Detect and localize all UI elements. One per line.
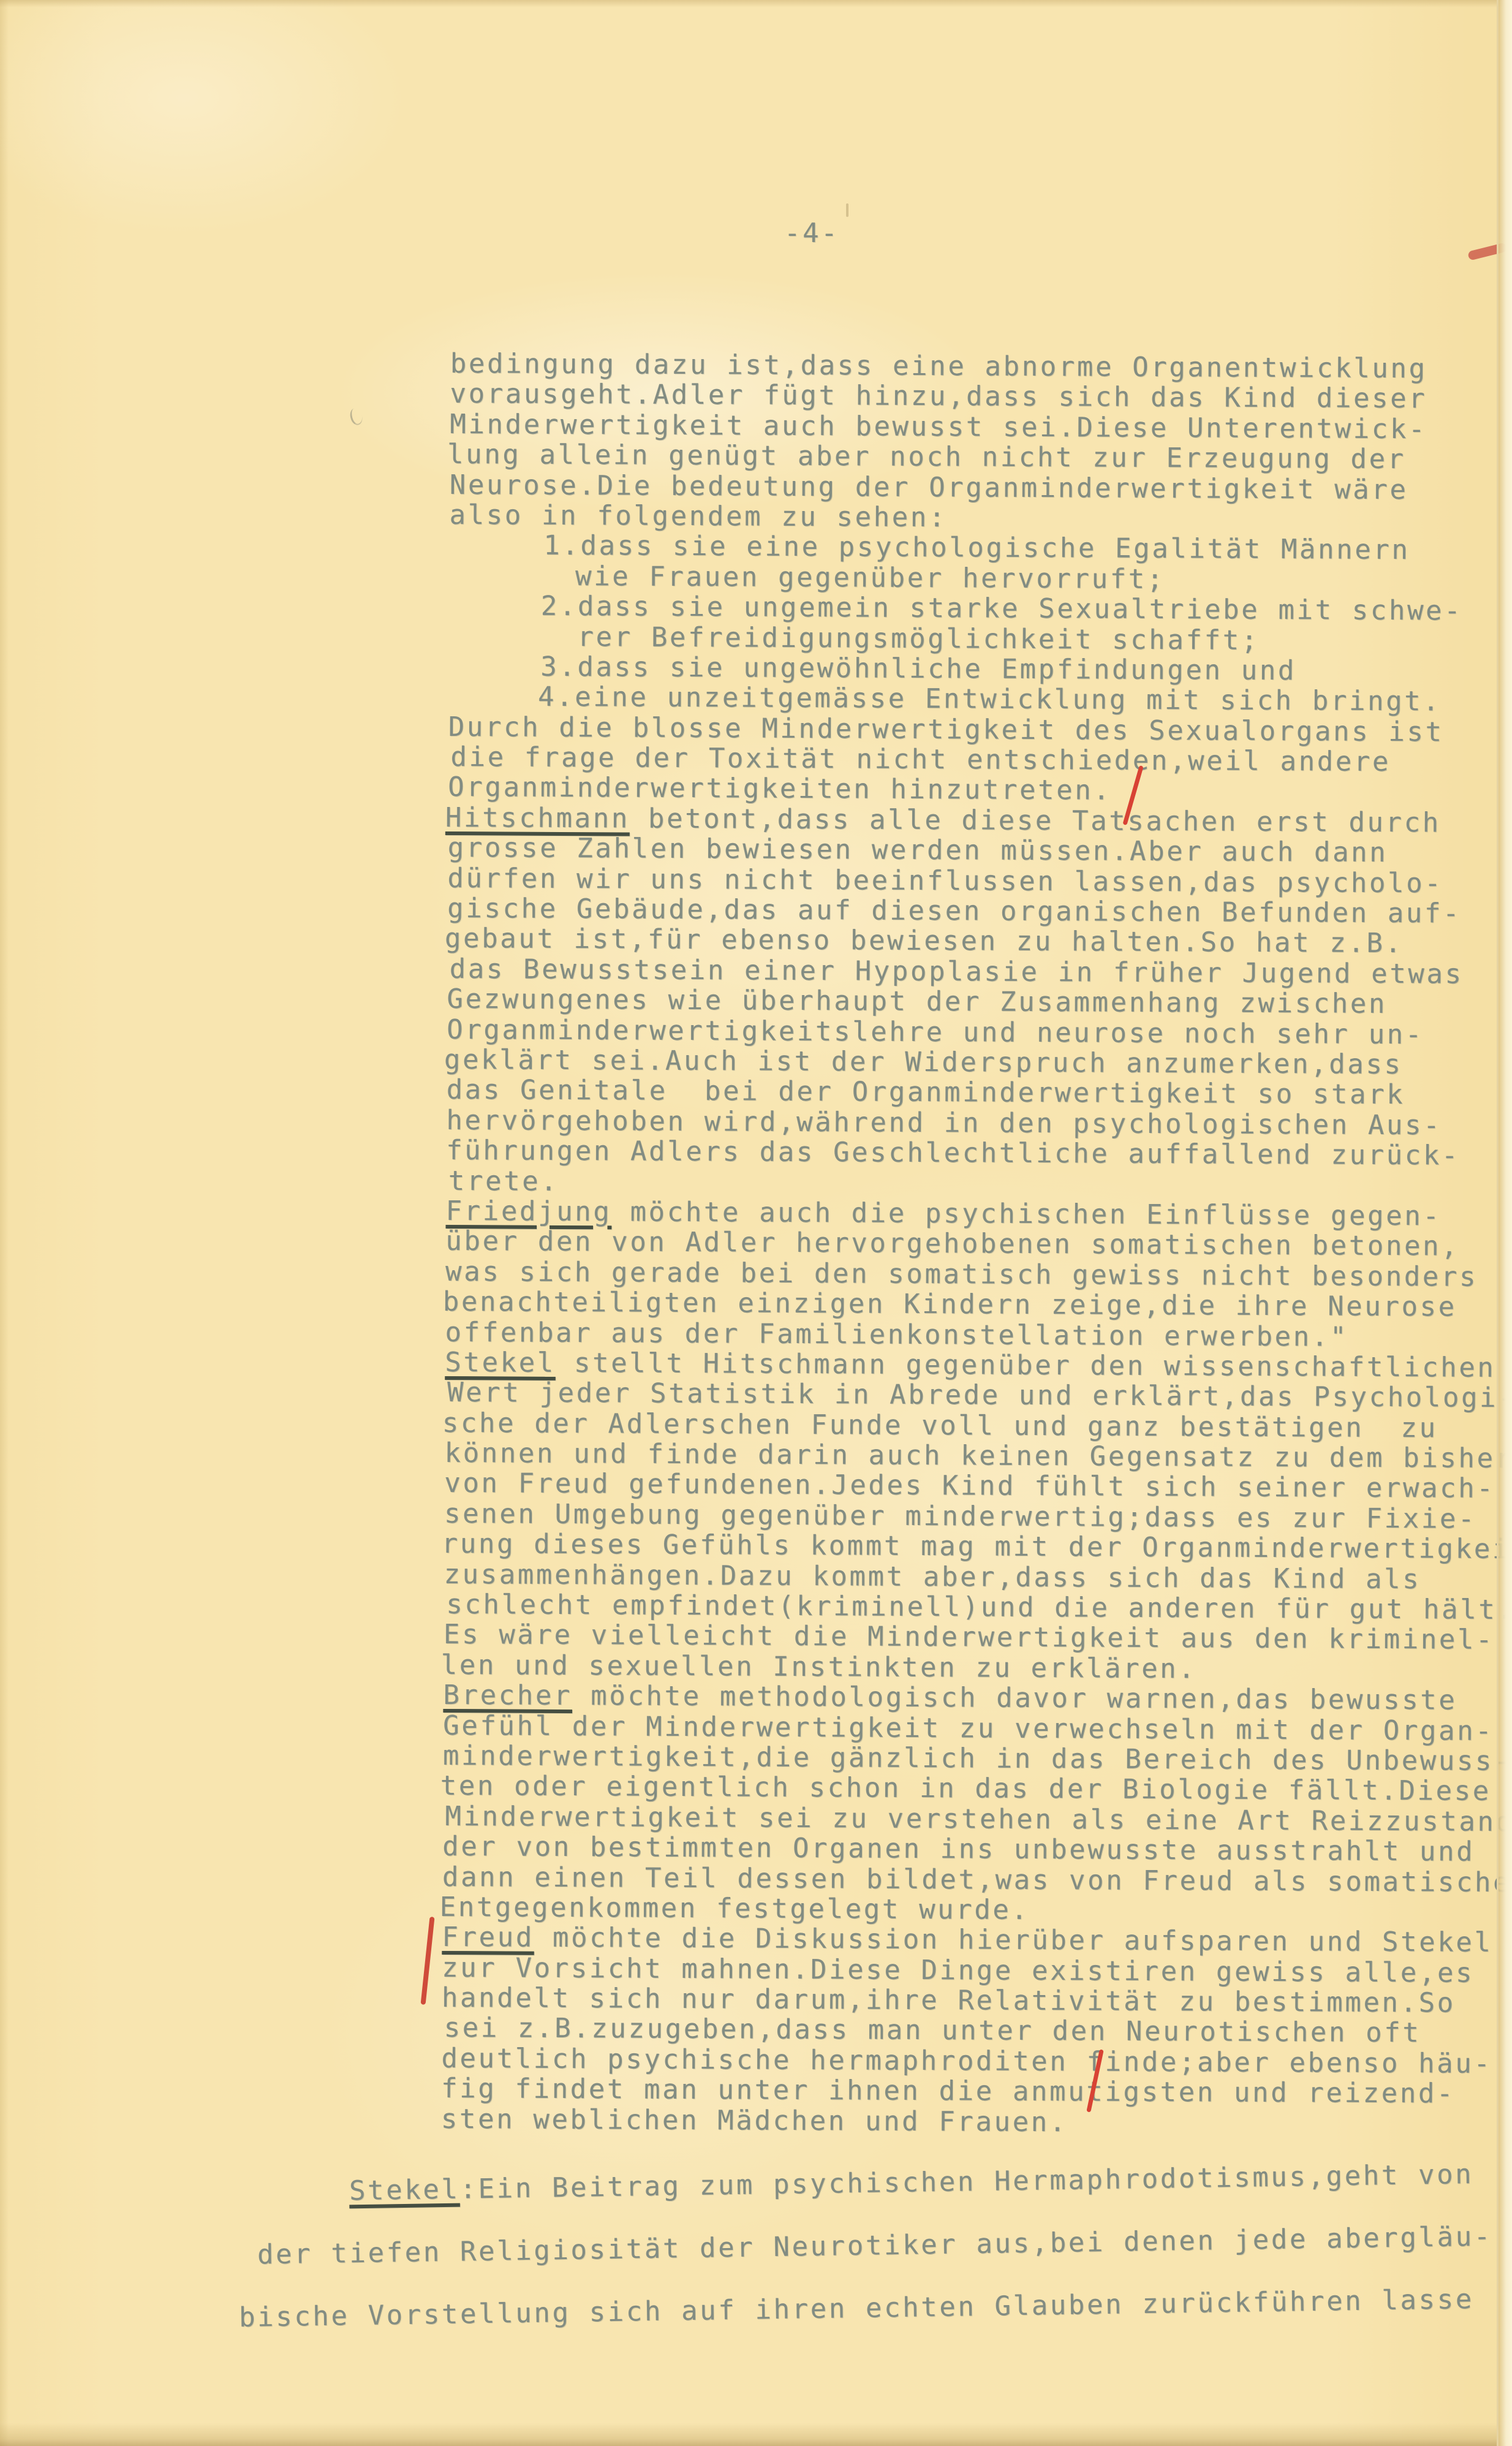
line-text: geklärt sei.Auch ist der Widerspruch anz… (444, 1044, 1403, 1080)
text-line: sche der Adlerschen Funde voll und ganz … (442, 1408, 1512, 1444)
speaker-name-underlined: Hitschmann (445, 802, 630, 835)
text-line: wie Frauen gegenüber hervorruft; (447, 561, 1512, 597)
line-text: betont,dass alle diese Tatsachen erst du… (630, 803, 1441, 838)
footer-paragraph-text: Stekel:Ein Beitrag zum psychischen Herma… (239, 2162, 1492, 2349)
text-line: sten weblichen Mädchen und Frauen. (441, 2104, 1512, 2140)
speaker-name-underlined: Freud (442, 1922, 534, 1953)
line-text: das Bewusstsein einer Hypoplasie in früh… (450, 953, 1464, 990)
page-edge-bottom (0, 2423, 1512, 2446)
text-line: die frage der Toxität nicht entschieden,… (450, 742, 1512, 778)
line-text: benachteiligten einzigen Kindern zeige,d… (443, 1286, 1457, 1323)
text-line: trete. (448, 1166, 1512, 1202)
line-text: trete. (448, 1165, 559, 1197)
page-edge-right (1497, 0, 1512, 2446)
text-line: rung dieses Gefühls kommt mag mit der Or… (442, 1529, 1512, 1565)
line-text: rung dieses Gefühls kommt mag mit der Or… (442, 1528, 1511, 1565)
text-line: benachteiligten einzigen Kindern zeige,d… (443, 1287, 1512, 1323)
line-text: lung allein genügt aber noch nicht zur E… (447, 439, 1406, 475)
line-text: len und sexuellen Instinkten zu erklären… (441, 1649, 1197, 1684)
speaker-name-underlined: Stekel (445, 1347, 556, 1379)
text-line: geklärt sei.Auch ist der Widerspruch anz… (444, 1045, 1512, 1081)
line-text: sei z.B.zuzugeben,dass man unter den Neu… (444, 2012, 1421, 2048)
speaker-name-underlined: Friedjung (445, 1195, 611, 1227)
scanned-typescript-page: -4- bedingung dazu ist,dass eine abnorme… (0, 0, 1512, 2446)
text-line: Minderwertigkeit sei zu verstehen als ei… (445, 1801, 1512, 1838)
text-line: 4.eine unzeitgemässe Entwicklung mit sic… (446, 681, 1512, 718)
line-text: schlecht empfindet(kriminell)und die and… (446, 1589, 1512, 1626)
line-text: möchte auch die psychischen Einflüsse ge… (611, 1196, 1441, 1232)
page-edge-left (0, 0, 9, 2446)
speaker-name-underlined: Stekel (349, 2174, 460, 2207)
text-line: Hitschmann betont,dass alle diese Tatsac… (445, 803, 1512, 839)
line-text: 3.dass sie ungewöhnliche Empfindungen un… (540, 651, 1296, 686)
line-text: sten weblichen Mädchen und Frauen. (441, 2103, 1068, 2138)
text-line: sei z.B.zuzugeben,dass man unter den Neu… (444, 2013, 1512, 2049)
document-body-text: bedingung dazu ist,dass eine abnorme Org… (441, 349, 1512, 2140)
text-line: len und sexuellen Instinkten zu erklären… (441, 1650, 1512, 1686)
page-number: -4- (784, 218, 839, 249)
line-text: 4.eine unzeitgemässe Entwicklung mit sic… (538, 681, 1442, 718)
text-line: lung allein genügt aber noch nicht zur E… (447, 439, 1512, 475)
line-text: Entgegenkommen festgelegt wurde. (440, 1891, 1030, 1926)
line-text: Organminderwertigkeiten hinzutreten. (448, 771, 1112, 806)
line-text: :Ein Beitrag zum psychischen Hermaphrodo… (459, 2159, 1474, 2205)
scratch-mark (846, 203, 849, 217)
speaker-name-underlined: Brecher (443, 1679, 572, 1711)
line-text: also in folgendem zu sehen: (449, 499, 947, 533)
line-text: sche der Adlerschen Funde voll und ganz … (442, 1407, 1438, 1444)
line-text: die frage der Toxität nicht entschieden,… (450, 741, 1391, 778)
line-text: bische Vorstellung sich auf ihren echten… (239, 2284, 1475, 2333)
text-line: schlecht empfindet(kriminell)und die and… (446, 1589, 1512, 1626)
text-line: Entgegenkommen festgelegt wurde. (440, 1892, 1512, 1928)
line-text: wie Frauen gegenüber hervorruft; (575, 561, 1165, 595)
text-line: das Bewusstsein einer Hypoplasie in früh… (450, 954, 1512, 990)
page-edge-top (0, 0, 1512, 7)
line-text: Minderwertigkeit sei zu verstehen als ei… (445, 1801, 1512, 1838)
line-text: der tiefen Religiosität der Neurotiker a… (257, 2221, 1493, 2271)
line-text: rer Befreidigungsmöglichkeit schafft; (577, 621, 1260, 656)
